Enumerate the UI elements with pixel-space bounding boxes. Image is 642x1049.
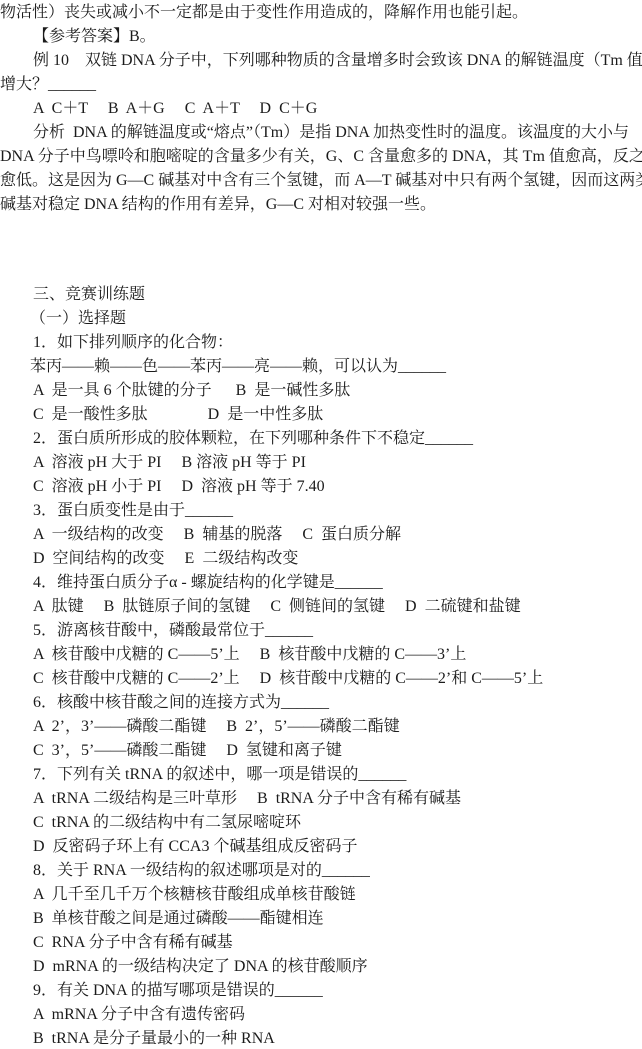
example-question-stem: 例 10 双链 DNA 分子中，下列哪种物质的含量增多时会致该 DNA 的解链温… <box>0 49 642 73</box>
option-line: B tRNA 是分子量最小的一种 RNA <box>0 1027 642 1049</box>
option-line: A 溶液 pH 大于 PI B 溶液 pH 等于 PI <box>0 451 642 475</box>
paragraph-continuation: 愈低。这是因为 G—C 碱基对中含有三个氢键，而 A—T 碱基对中只有两个氢键，… <box>0 169 642 193</box>
question-stem: 9．有关 DNA 的描写哪项是错误的______ <box>0 979 642 1003</box>
question-stem: 5．游离核苷酸中，磷酸最常位于______ <box>0 619 642 643</box>
question-continuation: 苯丙——赖——色——苯丙——亮——赖，可以认为______ <box>0 355 642 379</box>
option-line: A 核苷酸中戊糖的 C——5’上 B 核苷酸中戊糖的 C——3’上 <box>0 643 642 667</box>
document-body: 物活性）丧失或减小不一定都是由于变性作用造成的，降解作用也能引起。【参考答案】B… <box>0 1 642 1049</box>
question-stem: 3．蛋白质变性是由于______ <box>0 499 642 523</box>
option-line: A 几千至几千万个核糖核苷酸组成单核苷酸链 <box>0 883 642 907</box>
option-line: C 3’，5’——磷酸二酯键 D 氢键和离子键 <box>0 739 642 763</box>
question-stem: 7．下列有关 tRNA 的叙述中，哪一项是错误的______ <box>0 763 642 787</box>
section-heading: 三、竞赛训练题 <box>0 283 642 307</box>
option-line: C 溶液 pH 小于 PI D 溶液 pH 等于 7.40 <box>0 475 642 499</box>
document-page: 物活性）丧失或减小不一定都是由于变性作用造成的，降解作用也能引起。【参考答案】B… <box>0 0 642 1049</box>
option-line: D mRNA 的一级结构决定了 DNA 的核苷酸顺序 <box>0 955 642 979</box>
option-line: D 空间结构的改变 E 二级结构改变 <box>0 547 642 571</box>
option-line: C RNA 分子中含有稀有碱基 <box>0 931 642 955</box>
paragraph-continuation: 增大？______ <box>0 73 642 97</box>
option-line: B 单核苷酸之间是通过磷酸——酯键相连 <box>0 907 642 931</box>
option-line: D 反密码子环上有 CCA3 个碱基组成反密码子 <box>0 835 642 859</box>
option-line: A 2’，3’——磷酸二酯键 B 2’，5’——磷酸二酯键 <box>0 715 642 739</box>
analysis-paragraph: 分析 DNA 的解链温度或“熔点”（Tm）是指 DNA 加热变性时的温度。该温度… <box>0 121 642 145</box>
paragraph-continuation: DNA 分子中鸟嘌呤和胞嘧啶的含量多少有关，G、C 含量愈多的 DNA，其 Tm… <box>0 145 642 169</box>
option-line: A mRNA 分子中含有遗传密码 <box>0 1003 642 1027</box>
option-line: A C＋T B A＋G C A＋T D C＋G <box>0 97 642 121</box>
option-line: A 是一具 6 个肽键的分子 B 是一碱性多肽 <box>0 379 642 403</box>
paragraph-continuation: 碱基对稳定 DNA 结构的作用有差异，G—C 对相对较强一些。 <box>0 193 642 217</box>
subsection-heading: （一）选择题 <box>0 307 642 331</box>
question-stem: 6．核酸中核苷酸之间的连接方式为______ <box>0 691 642 715</box>
question-stem: 2．蛋白质所形成的胶体颗粒，在下列哪种条件下不稳定______ <box>0 427 642 451</box>
paragraph-gap <box>0 217 642 283</box>
question-stem: 1．如下排列顺序的化合物： <box>0 331 642 355</box>
option-line: A 一级结构的改变 B 辅基的脱落 C 蛋白质分解 <box>0 523 642 547</box>
option-line: C tRNA 的二级结构中有二氢尿嘧啶环 <box>0 811 642 835</box>
question-stem: 8．关于 RNA 一级结构的叙述哪项是对的______ <box>0 859 642 883</box>
option-line: A 肽键 B 肽链原子间的氢键 C 侧链间的氢键 D 二硫键和盐键 <box>0 595 642 619</box>
reference-answer-line: 【参考答案】B。 <box>0 25 642 49</box>
option-line: A tRNA 二级结构是三叶草形 B tRNA 分子中含有稀有碱基 <box>0 787 642 811</box>
question-stem: 4．维持蛋白质分子α - 螺旋结构的化学键是______ <box>0 571 642 595</box>
paragraph-continuation: 物活性）丧失或减小不一定都是由于变性作用造成的，降解作用也能引起。 <box>0 1 642 25</box>
option-line: C 是一酸性多肽 D 是一中性多肽 <box>0 403 642 427</box>
option-line: C 核苷酸中戊糖的 C——2’上 D 核苷酸中戊糖的 C——2’和 C——5’上 <box>0 667 642 691</box>
